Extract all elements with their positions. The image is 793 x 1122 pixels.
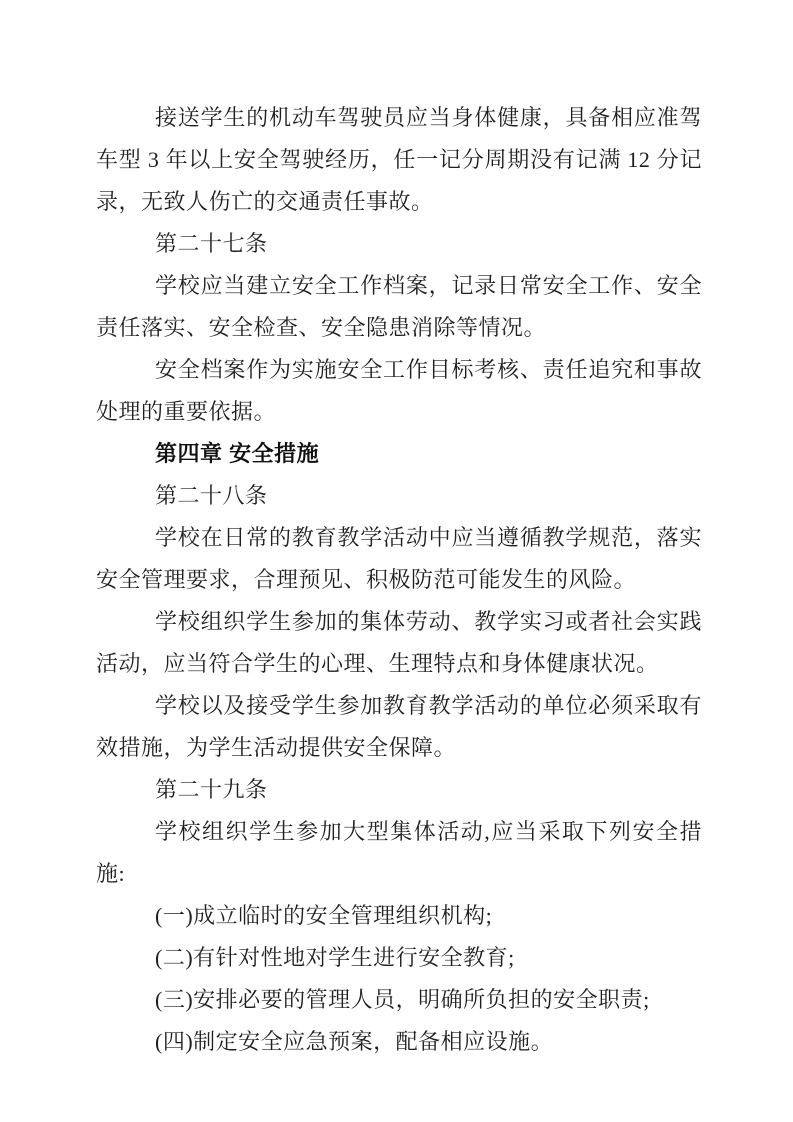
document-page: 接送学生的机动车驾驶员应当身体健康，具备相应准驾车型 3 年以上安全驾驶经历，任… [0, 0, 793, 1122]
article-number: 第二十九条 [96, 769, 702, 811]
paragraph: 学校组织学生参加的集体劳动、教学实习或者社会实践活动，应当符合学生的心理、生理特… [96, 601, 702, 685]
paragraph: 接送学生的机动车驾驶员应当身体健康，具备相应准驾车型 3 年以上安全驾驶经历，任… [96, 97, 702, 223]
list-item: (三)安排必要的管理人员，明确所负担的安全职责; [96, 979, 702, 1021]
paragraph: 安全档案作为实施安全工作目标考核、责任追究和事故处理的重要依据。 [96, 349, 702, 433]
list-item: (二)有针对性地对学生进行安全教育; [96, 937, 702, 979]
article-number: 第二十八条 [96, 475, 702, 517]
paragraph: 学校组织学生参加大型集体活动,应当采取下列安全措施: [96, 811, 702, 895]
list-item: (四)制定安全应急预案，配备相应设施。 [96, 1021, 702, 1063]
paragraph: 学校在日常的教育教学活动中应当遵循教学规范，落实安全管理要求，合理预见、积极防范… [96, 517, 702, 601]
paragraph: 学校以及接受学生参加教育教学活动的单位必须采取有效措施，为学生活动提供安全保障。 [96, 685, 702, 769]
list-item: (一)成立临时的安全管理组织机构; [96, 895, 702, 937]
paragraph: 学校应当建立安全工作档案，记录日常安全工作、安全责任落实、安全检查、安全隐患消除… [96, 265, 702, 349]
chapter-heading: 第四章 安全措施 [96, 433, 702, 475]
article-number: 第二十七条 [96, 223, 702, 265]
